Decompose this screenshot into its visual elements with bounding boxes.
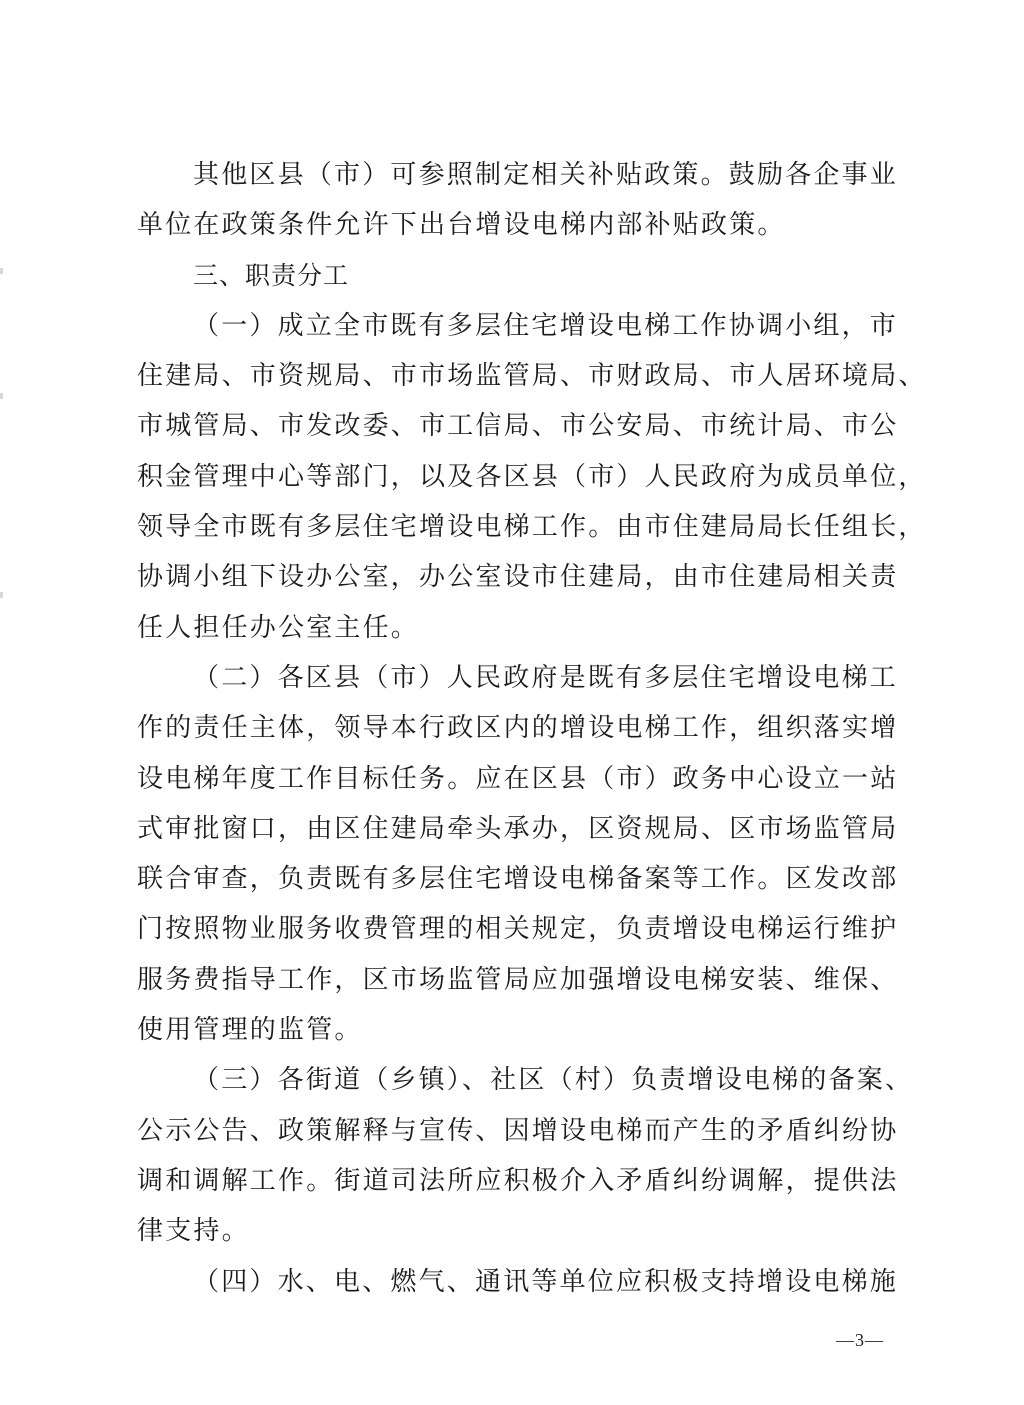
- heading-text: 三、职责分工: [137, 251, 897, 301]
- paragraph-item-2: （二）各区县（市）人民政府是既有多层住宅增设电梯工 作的责任主体，领导本行政区内…: [137, 653, 897, 1055]
- text-line: （三）各街道（乡镇）、社区（村）负责增设电梯的备案、: [137, 1055, 897, 1105]
- text-line: 其他区县（市）可参照制定相关补贴政策。鼓励各企事业: [137, 150, 897, 200]
- scan-edge-mark: [0, 393, 3, 399]
- paragraph-item-3: （三）各街道（乡镇）、社区（村）负责增设电梯的备案、 公示公告、政策解释与宣传、…: [137, 1055, 897, 1256]
- text-line: 单位在政策条件允许下出台增设电梯内部补贴政策。: [137, 200, 897, 250]
- text-line: 领导全市既有多层住宅增设电梯工作。由市住建局局长任组长，: [137, 502, 897, 552]
- paragraph-item-1: （一）成立全市既有多层住宅增设电梯工作协调小组，市 住建局、市资规局、市市场监管…: [137, 301, 897, 653]
- section-heading-responsibilities: 三、职责分工: [137, 251, 897, 301]
- text-line: 市城管局、市发改委、市工信局、市公安局、市统计局、市公: [137, 401, 897, 451]
- text-line: 使用管理的监管。: [137, 1005, 897, 1055]
- page-number: —3—: [836, 1330, 884, 1351]
- text-line: 联合审查，负责既有多层住宅增设电梯备案等工作。区发改部: [137, 854, 897, 904]
- text-line: 公示公告、政策解释与宣传、因增设电梯而产生的矛盾纠纷协: [137, 1106, 897, 1156]
- text-line: 服务费指导工作，区市场监管局应加强增设电梯安装、维保、: [137, 955, 897, 1005]
- text-line: 式审批窗口，由区住建局牵头承办，区资规局、区市场监管局: [137, 804, 897, 854]
- text-line: （四）水、电、燃气、通讯等单位应积极支持增设电梯施: [137, 1257, 897, 1307]
- text-line: 积金管理中心等部门，以及各区县（市）人民政府为成员单位，: [137, 452, 897, 502]
- text-line: 住建局、市资规局、市市场监管局、市财政局、市人居环境局、: [137, 351, 897, 401]
- paragraph-subsidy-continuation: 其他区县（市）可参照制定相关补贴政策。鼓励各企事业 单位在政策条件允许下出台增设…: [137, 150, 897, 251]
- paragraph-item-4: （四）水、电、燃气、通讯等单位应积极支持增设电梯施: [137, 1257, 897, 1307]
- text-line: 作的责任主体，领导本行政区内的增设电梯工作，组织落实增: [137, 703, 897, 753]
- document-page: 其他区县（市）可参照制定相关补贴政策。鼓励各企事业 单位在政策条件允许下出台增设…: [137, 150, 897, 1307]
- text-line: （二）各区县（市）人民政府是既有多层住宅增设电梯工: [137, 653, 897, 703]
- text-line: 门按照物业服务收费管理的相关规定，负责增设电梯运行维护: [137, 904, 897, 954]
- scan-edge-mark: [0, 268, 3, 274]
- text-line: 任人担任办公室主任。: [137, 603, 897, 653]
- text-line: 律支持。: [137, 1206, 897, 1256]
- text-line: （一）成立全市既有多层住宅增设电梯工作协调小组，市: [137, 301, 897, 351]
- text-line: 调和调解工作。街道司法所应积极介入矛盾纠纷调解，提供法: [137, 1156, 897, 1206]
- text-line: 协调小组下设办公室，办公室设市住建局，由市住建局相关责: [137, 552, 897, 602]
- text-line: 设电梯年度工作目标任务。应在区县（市）政务中心设立一站: [137, 754, 897, 804]
- scan-edge-mark: [0, 592, 3, 598]
